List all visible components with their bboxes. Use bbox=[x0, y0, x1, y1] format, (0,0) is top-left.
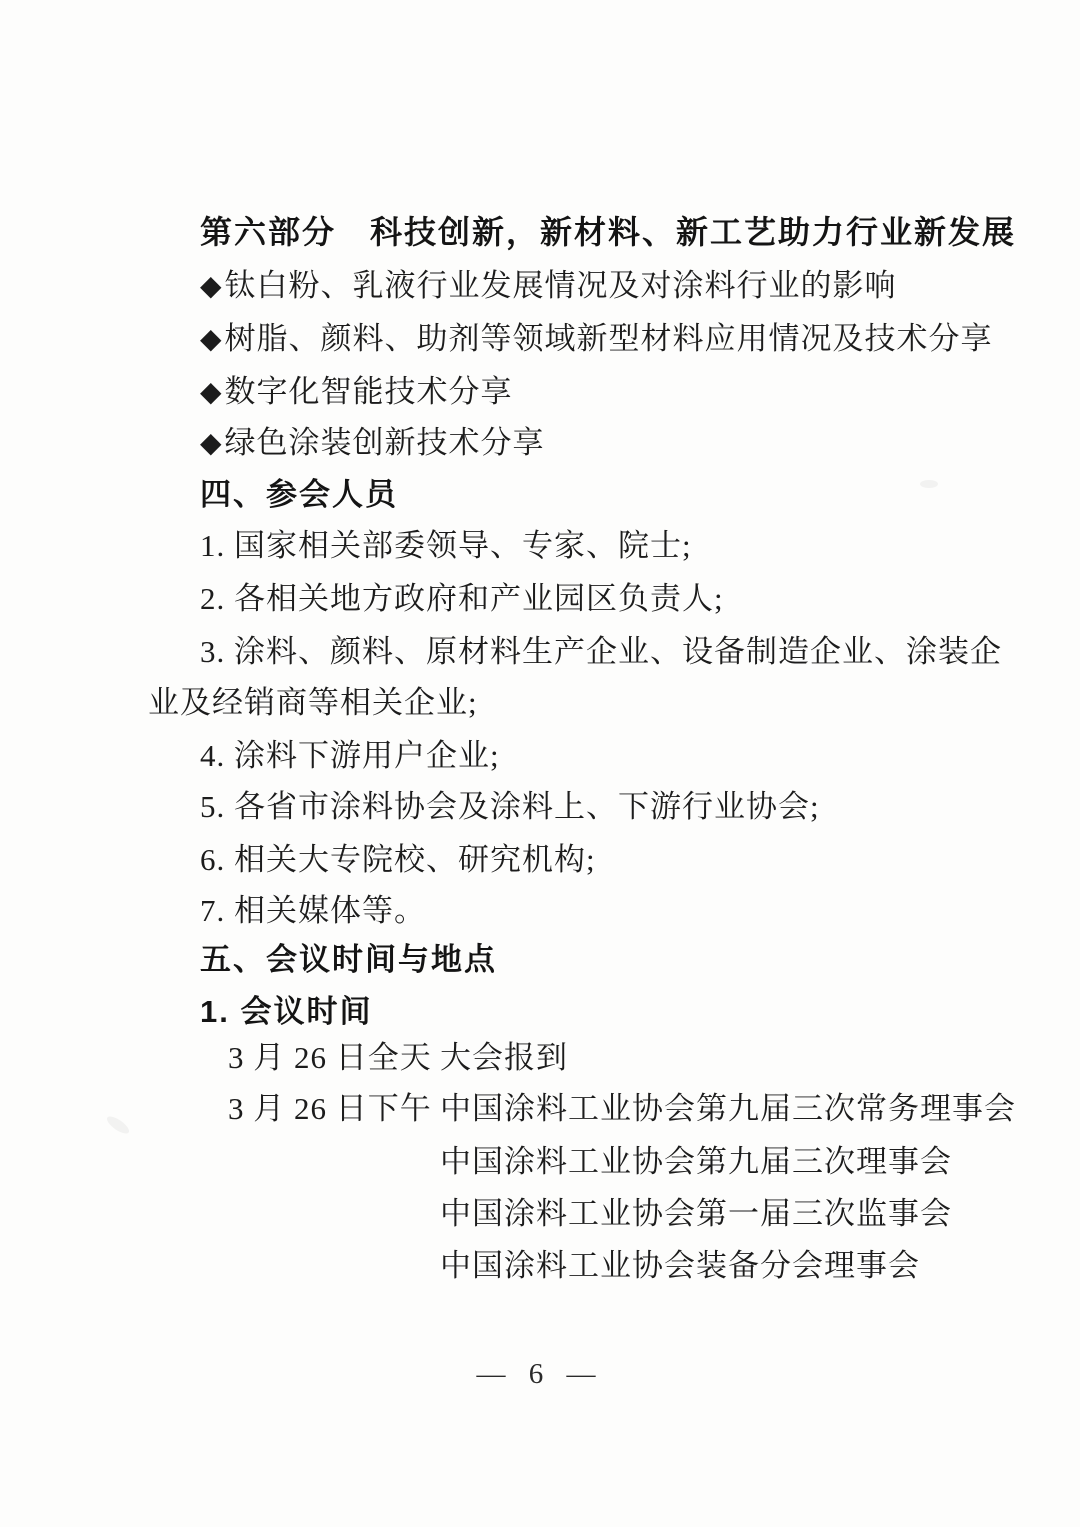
bullet-text: 树脂、颜料、助剂等领域新型材料应用情况及技术分享 bbox=[225, 321, 993, 356]
bullet-text: 绿色涂装创新技术分享 bbox=[225, 425, 545, 460]
section5-heading: 五、会议时间与地点 bbox=[200, 940, 497, 980]
bullet-text: 钛白粉、乳液行业发展情况及对涂料行业的影响 bbox=[225, 268, 897, 303]
bullet-item: ◆树脂、颜料、助剂等领域新型材料应用情况及技术分享 bbox=[200, 319, 993, 361]
bullet-item: ◆数字化智能技术分享 bbox=[200, 372, 513, 414]
part6-heading: 第六部分 科技创新，新材料、新工艺助力行业新发展 bbox=[200, 212, 1016, 252]
bullet-text: 数字化智能技术分享 bbox=[225, 374, 513, 409]
participant-item: 6. 相关大专院校、研究机构; bbox=[200, 840, 596, 880]
diamond-bullet-icon: ◆ bbox=[200, 271, 223, 302]
meeting-time-subheading: 1. 会议时间 bbox=[200, 992, 372, 1032]
bullet-item: ◆绿色涂装创新技术分享 bbox=[200, 423, 545, 465]
bullet-item: ◆钛白粉、乳液行业发展情况及对涂料行业的影响 bbox=[200, 266, 897, 308]
schedule-time: 3 月 26 日全天 bbox=[228, 1038, 432, 1078]
schedule-event: 中国涂料工业协会装备分会理事会 bbox=[440, 1246, 920, 1286]
diamond-bullet-icon: ◆ bbox=[200, 377, 223, 408]
participant-item: 5. 各省市涂料协会及涂料上、下游行业协会; bbox=[200, 787, 820, 827]
schedule-time: 3 月 26 日下午 bbox=[228, 1089, 432, 1129]
schedule-event: 大会报到 bbox=[440, 1038, 568, 1078]
participant-item: 1. 国家相关部委领导、专家、院士; bbox=[200, 526, 692, 566]
section4-heading: 四、参会人员 bbox=[200, 475, 398, 515]
scan-smudge bbox=[104, 1113, 131, 1136]
scan-smudge bbox=[920, 480, 938, 488]
page-number-footer: — 6 — bbox=[0, 1358, 1080, 1391]
participant-item: 7. 相关媒体等。 bbox=[200, 891, 426, 931]
diamond-bullet-icon: ◆ bbox=[200, 324, 223, 355]
participant-item: 3. 涂料、颜料、原材料生产企业、设备制造企业、涂装企 bbox=[200, 632, 1002, 672]
schedule-event: 中国涂料工业协会第九届三次理事会 bbox=[440, 1142, 952, 1182]
schedule-event: 中国涂料工业协会第一届三次监事会 bbox=[440, 1194, 952, 1234]
participant-item: 4. 涂料下游用户企业; bbox=[200, 736, 500, 776]
schedule-event: 中国涂料工业协会第九届三次常务理事会 bbox=[440, 1089, 1016, 1129]
participant-item-continuation: 业及经销商等相关企业; bbox=[148, 683, 478, 723]
document-page: 第六部分 科技创新，新材料、新工艺助力行业新发展 ◆钛白粉、乳液行业发展情况及对… bbox=[0, 0, 1080, 1527]
participant-item: 2. 各相关地方政府和产业园区负责人; bbox=[200, 579, 724, 619]
diamond-bullet-icon: ◆ bbox=[200, 428, 223, 459]
